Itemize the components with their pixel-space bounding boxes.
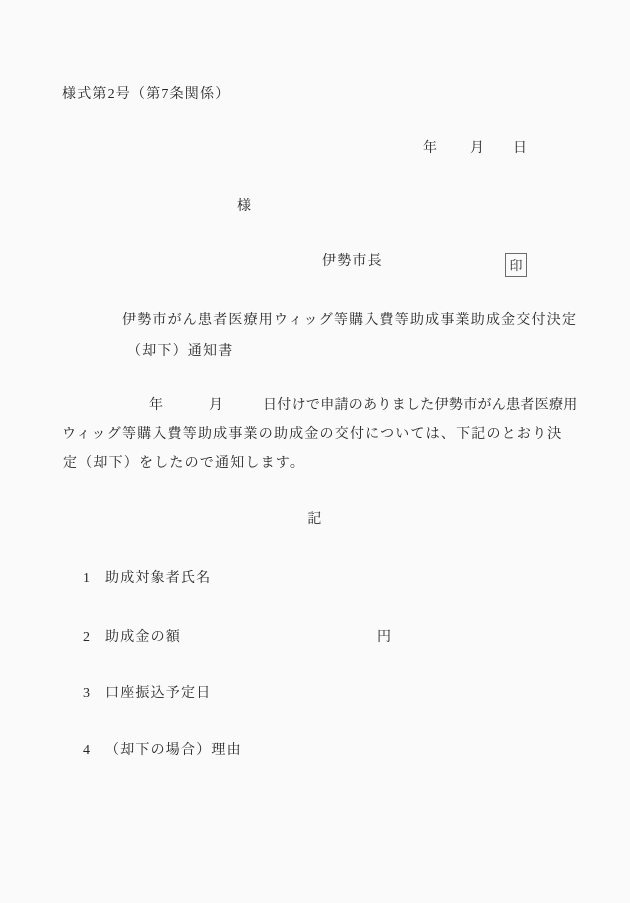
- addressee-honorific: 様: [237, 200, 252, 214]
- item-row-rejection-reason: 4 （却下の場合）理由: [0, 744, 630, 762]
- item-row-recipient-name: 1 助成対象者氏名: [0, 572, 630, 590]
- item-label: 助成金の額: [105, 631, 181, 645]
- body-paragraph-line1: 年 月 日付けで申請のありました伊勢市がん患者医療用: [0, 399, 630, 415]
- issuer-title: 伊勢市長: [322, 255, 383, 269]
- seal-box: 印: [505, 253, 527, 277]
- body-date-month-label: 月: [209, 399, 224, 413]
- header-date-year-label: 年: [423, 142, 438, 156]
- header-date-line: 年 月 日: [0, 142, 630, 158]
- item-number: 1: [83, 572, 90, 586]
- body-paragraph-line3: 定（却下）をしたので通知します。: [63, 457, 305, 471]
- body-line1-text: 日付けで申請のありました伊勢市がん患者医療用: [263, 399, 578, 413]
- body-date-year-label: 年: [149, 399, 164, 413]
- item-number: 4: [83, 744, 90, 758]
- header-date-month-label: 月: [470, 142, 485, 156]
- document-title-line1: 伊勢市がん患者医療用ウィッグ等購入費等助成事業助成金交付決定: [122, 314, 577, 328]
- item-number: 2: [83, 631, 90, 645]
- document-title-line2: （却下）通知書: [127, 345, 233, 359]
- header-date-day-label: 日: [513, 142, 528, 156]
- record-marker: 記: [0, 513, 630, 527]
- form-number: 様式第2号（第7条関係）: [62, 88, 230, 102]
- amount-unit-label: 円: [377, 631, 392, 645]
- item-row-transfer-date: 3 口座振込予定日: [0, 687, 630, 705]
- item-number: 3: [83, 687, 90, 701]
- document-page: 様式第2号（第7条関係） 年 月 日 様 伊勢市長 印 伊勢市がん患者医療用ウィ…: [0, 0, 630, 903]
- seal-mark: 印: [509, 259, 522, 272]
- item-label: 助成対象者氏名: [105, 572, 211, 586]
- item-label: 口座振込予定日: [105, 687, 211, 701]
- item-row-grant-amount: 2 助成金の額 円: [0, 631, 630, 649]
- item-label: （却下の場合）理由: [105, 744, 242, 758]
- body-paragraph-line2: ウィッグ等購入費等助成事業の助成金の交付については、下記のとおり決: [62, 428, 562, 442]
